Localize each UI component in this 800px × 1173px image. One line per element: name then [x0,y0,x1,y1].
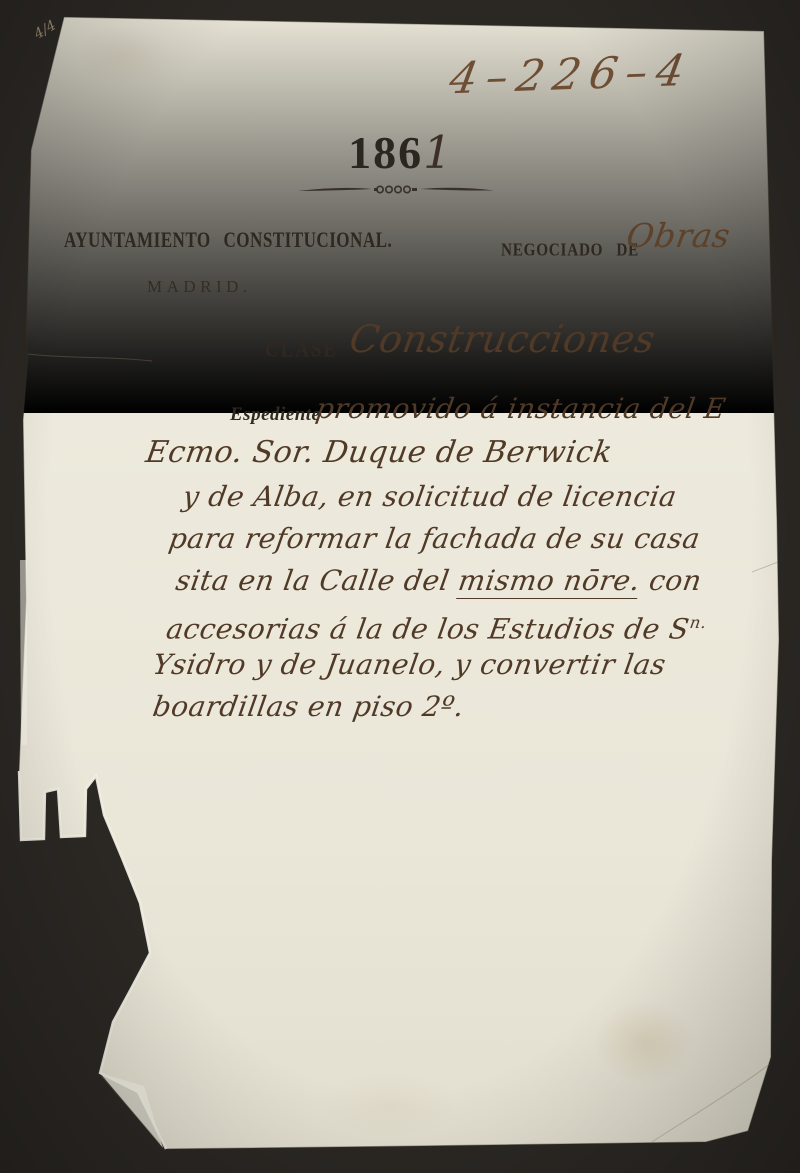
body-line-6-superscript: n. [689,613,709,632]
year-printed: 186 [348,127,423,178]
clase-value-handwritten: Construcciones [347,317,659,361]
body-line-7: Ysidro y de Juanelo, y convertir las [150,648,668,682]
body-line-4: para reformar la fachada de su casa [166,522,702,556]
org-title: AYUNTAMIENTO CONSTITUCIONAL. [64,229,392,254]
city-title: MADRID. [147,277,252,297]
clase-label: CLASE [265,338,338,363]
body-line-5-pre: sita en la Calle del [173,564,461,597]
body-line-6: accesorias á la de los Estudios de Sn. [164,606,709,646]
body-line-3: y de Alba, en solicitud de licencia [180,480,679,514]
negociado-label: NEGOCIADO DE [501,241,639,261]
body-line-1: promovido á instancia del E [313,392,728,426]
file-number-annotation: 4–226–4 [446,46,698,105]
body-line-5-underlined: mismo nōre. [456,564,643,599]
body-line-2: Ecmo. Sor. Duque de Berwick [143,436,614,470]
scan-background: 4/4 4–226–4 1861 AYUNTAMIENTO CONSTITUCI… [0,0,800,1173]
edge-sliver-left [20,560,27,745]
body-line-5: sita en la Calle del mismo nōre. con [173,564,704,598]
ornament-divider [296,181,496,199]
body-line-5-post: con [637,564,704,597]
year-heading: 1861 [322,126,478,179]
espediente-label: Espediente [230,404,321,426]
body-line-6-pre: accesorias á la de los Estudios de S [164,612,692,645]
year-written-digit: 1 [423,126,452,179]
negociado-value-handwritten: Obras [624,216,733,255]
body-line-8: boardillas en piso 2º. [150,690,466,724]
